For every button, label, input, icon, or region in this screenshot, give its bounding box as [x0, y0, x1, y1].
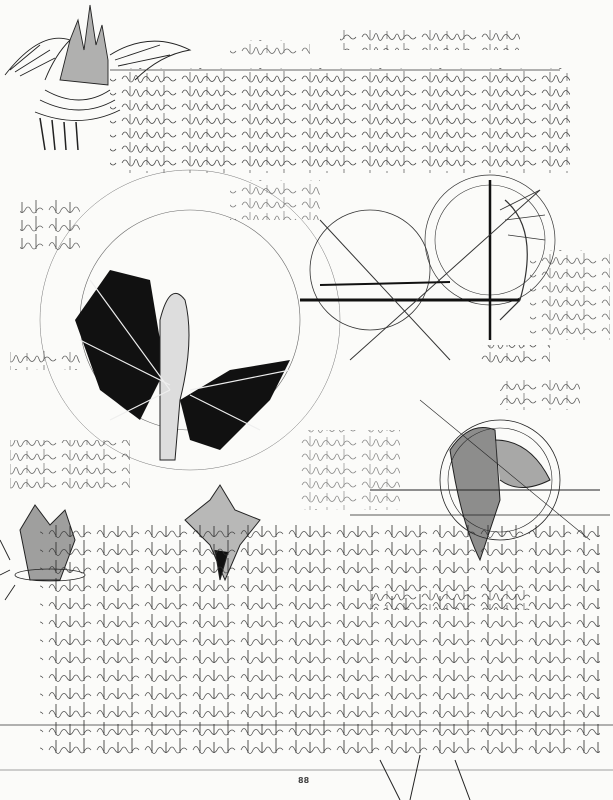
- script-block-top: [110, 68, 570, 173]
- sketchbook-page: 88: [0, 0, 613, 800]
- page-artwork: [0, 0, 613, 800]
- page-number: 88: [298, 776, 309, 785]
- circular-diagram-illustration: [300, 175, 555, 360]
- script-block-bottom: [40, 525, 600, 755]
